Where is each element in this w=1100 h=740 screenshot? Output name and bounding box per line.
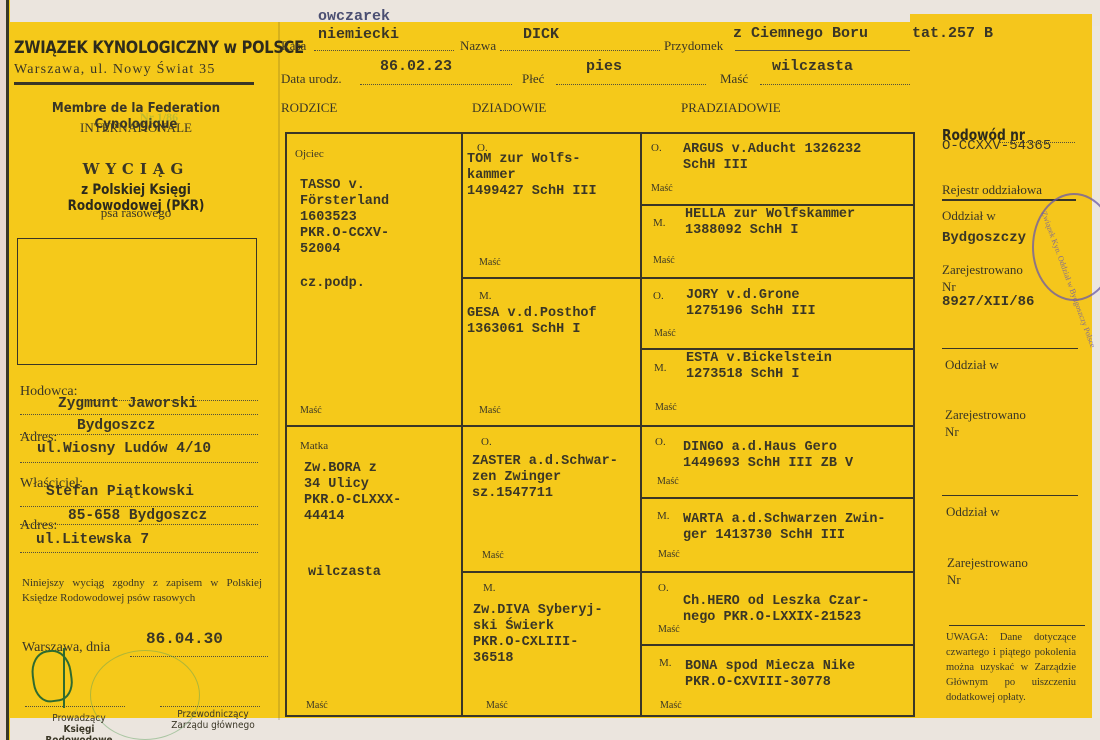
ggp-4-color-label: Maść: [655, 402, 677, 413]
kennel-line: [735, 50, 910, 51]
branch2-rule: [942, 348, 1078, 349]
grandparent-1-color-label: Maść: [479, 257, 501, 268]
dog-name: DICK: [523, 26, 559, 43]
mother-color-label: Maść: [306, 700, 328, 711]
ggp-4-details: ESTA v.Bickelstein 1273518 SchH I: [686, 351, 832, 383]
nr3-label: Nr: [947, 572, 961, 588]
breeder-address-line1: Bydgoszcz: [77, 418, 155, 434]
ggp-1-label: O.: [651, 142, 662, 154]
mother-color: wilczasta: [308, 565, 381, 581]
document-subtitle-2: psa rasowego: [16, 205, 256, 221]
breed-value-line1: owczarek: [318, 8, 390, 25]
dob-dotline: [360, 84, 512, 85]
color-dotline: [760, 84, 910, 85]
ggp-2-details: HELLA zur Wolfskammer 1388092 SchH I: [685, 207, 855, 239]
grid-row-divider-ggp2: [640, 348, 915, 350]
pedigree-number: O-CCXXV-54365: [942, 138, 1051, 154]
ggp-2-label: M.: [653, 217, 666, 229]
breed-dotline: [314, 50, 454, 51]
ggp-5-color-label: Maść: [657, 476, 679, 487]
col-grandparents: DZIADOWIE: [472, 100, 546, 116]
ggp-5-label: O.: [655, 436, 666, 448]
branch-register-label: Rejestr oddziałowa: [942, 182, 1042, 198]
ggp-8-details: BONA spod Miecza Nike PKR.O-CXVIII-30778: [685, 659, 855, 691]
header-rule: [14, 82, 254, 85]
branch2-label: Oddział w: [945, 357, 999, 373]
breeder-address-dotline1: [20, 434, 258, 435]
grandparent-2-details: GESA v.d.Posthof 1363061 SchH I: [467, 306, 597, 338]
grandparent-3-label: O.: [481, 436, 492, 448]
grandparent-3-color-label: Maść: [482, 550, 504, 561]
document-title: WYCIĄG: [16, 160, 256, 178]
branch3-label: Oddział w: [946, 504, 1000, 520]
ggp-7-details: Ch.HERO od Leszka Czar- nego PKR.O-LXXIX…: [683, 594, 869, 626]
owner-name: Stefan Piątkowski: [46, 484, 194, 500]
nr-label: Nr: [942, 279, 956, 295]
ggp-3-label: O.: [653, 290, 664, 302]
breed-label: Rasa: [281, 38, 306, 54]
breeder-address-dotline2: [20, 462, 258, 463]
breeder-address-line2: ul.Wiosny Ludów 4/10: [37, 441, 211, 457]
breeder-name: Zygmunt Jaworski: [58, 396, 197, 412]
ggp-7-color-label: Maść: [658, 624, 680, 635]
grandparent-3-details: ZASTER a.d.Schwar- zen Zwinger sz.154771…: [472, 454, 618, 502]
breeder-name-dotline: [20, 414, 258, 415]
sheet-left-edge: [0, 0, 10, 740]
panel-fold: [278, 22, 280, 720]
ggp-2-color-label: Maść: [653, 255, 675, 266]
grid-row-divider-gp2: [461, 571, 915, 573]
name-label: Nazwa: [460, 38, 496, 54]
owner-name-dotline: [20, 506, 258, 507]
father-label: Ojciec: [295, 148, 324, 160]
registered-label: Zarejestrowano: [942, 262, 1023, 278]
branch-label: Oddział w: [942, 208, 996, 224]
mother-details: Zw.BORA z 34 Ulicy PKR.O-CLXXX- 44414: [304, 461, 401, 525]
ggp-6-color-label: Maść: [658, 549, 680, 560]
father-color-label: Maść: [300, 405, 322, 416]
photo-box: [17, 238, 257, 365]
organization-address: Warszawa, ul. Nowy Świat 35: [14, 62, 216, 78]
grandparent-4-label: M.: [483, 582, 496, 594]
date-of-birth: 86.02.23: [380, 58, 452, 75]
grandparent-2-color-label: Maść: [479, 405, 501, 416]
branch3-rule: [942, 495, 1078, 496]
pedigree-sheet-right-flap: [910, 14, 1092, 720]
color-label: Maść: [720, 71, 748, 87]
organization-name: ZWIĄZEK KYNOLOGICZNY w POLSCE: [14, 38, 304, 58]
father-details: TASSO v. Försterland 1603523 PKR.O-CCXV-…: [300, 178, 389, 258]
grid-row-divider-parents: [285, 425, 915, 427]
dob-label: Data urodz.: [281, 71, 342, 87]
owner-address-line2: ul.Litewska 7: [36, 532, 149, 548]
sex-value: pies: [586, 58, 622, 75]
issue-place-label: Warszawa, dnia: [22, 640, 110, 656]
tattoo-number: tat.257 B: [912, 25, 993, 42]
kennel-label: Przydomek: [664, 38, 723, 54]
color-value: wilczasta: [772, 58, 853, 75]
name-dotline: [500, 50, 660, 51]
sex-dotline: [556, 84, 706, 85]
ggp-5-details: DINGO a.d.Haus Gero 1449693 SchH III ZB …: [683, 440, 853, 472]
ggp-4-label: M.: [654, 362, 667, 374]
father-note: cz.podp.: [300, 276, 365, 292]
registered3-label: Zarejestrowano: [947, 555, 1028, 571]
signature2-caption-line2: Zarządu głównego: [164, 720, 263, 731]
kennel-name: z Ciemnego Boru: [733, 25, 868, 42]
ggp-3-details: JORY v.d.Grone 1275196 SchH III: [686, 288, 816, 320]
ggp-6-details: WARTA a.d.Schwarzen Zwin- ger 1413730 Sc…: [683, 512, 886, 544]
branch-value: Bydgoszczy: [942, 230, 1026, 246]
notice-rule: [949, 625, 1085, 626]
issue-date: 86.04.30: [146, 630, 223, 648]
grandparent-2-label: M.: [479, 290, 492, 302]
ggp-6-label: M.: [657, 510, 670, 522]
grid-row-divider-ggp4: [640, 644, 915, 646]
owner-address-line1: 85-658 Bydgoszcz: [68, 508, 207, 524]
grid-row-divider-gp1: [461, 277, 915, 279]
registration-number: 8927/XII/86: [942, 294, 1034, 310]
owner-address-dotline2: [20, 552, 258, 553]
signature2-dotline: [160, 706, 260, 707]
signature1-caption-line1: Prowadzący: [30, 713, 129, 724]
certification-note: Niniejszy wyciąg zgodny z zapisem w Pols…: [22, 576, 262, 606]
notice-text: UWAGA: Dane dotyczące czwartego i piąteg…: [946, 630, 1076, 705]
ggp-3-color-label: Maść: [654, 328, 676, 339]
sex-label: Płeć: [522, 71, 544, 87]
signature1-dotline: [25, 706, 125, 707]
ggp-1-details: ARGUS v.Aducht 1326232 SchH III: [683, 142, 861, 174]
mother-label: Matka: [300, 440, 328, 452]
breed-value-line2: niemiecki: [318, 26, 399, 43]
fci-membership-line2: INTERNATIONALE: [16, 120, 256, 136]
signature2-caption-line1: Przewodniczący: [164, 709, 263, 720]
ggp-7-label: O.: [658, 582, 669, 594]
signature-mark-stroke: [63, 648, 65, 708]
ghost-stamp-text: Nr 1/86: [140, 110, 178, 125]
grandparent-4-color-label: Maść: [486, 700, 508, 711]
col-parents: RODZICE: [281, 100, 337, 116]
grid-row-divider-ggp1: [640, 204, 915, 206]
ggp-8-label: M.: [659, 657, 672, 669]
registered2-label: Zarejestrowano: [945, 407, 1026, 423]
ggp-8-color-label: Maść: [660, 700, 682, 711]
col-great-grandparents: PRADZIADOWIE: [681, 100, 781, 116]
grandparent-4-details: Zw.DIVA Syberyj- ski Świerk PKR.O-CXLIII…: [473, 603, 603, 667]
ggp-1-color-label: Maść: [651, 183, 673, 194]
grid-row-divider-ggp3: [640, 497, 915, 499]
grandparent-1-details: TOM zur Wolfs- kammer 1499427 SchH III: [467, 152, 597, 200]
nr2-label: Nr: [945, 424, 959, 440]
signature1-caption-line2: Księgi Rodowodowe: [30, 724, 129, 740]
